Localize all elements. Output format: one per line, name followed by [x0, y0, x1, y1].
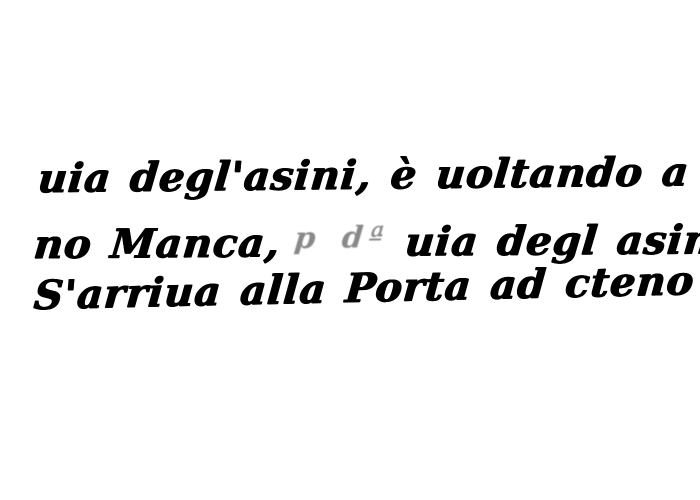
handwritten-line-1: uia degl'asini, è uoltando a Ma- — [36, 147, 700, 202]
handwritten-line-2-faint-ink: p dª — [293, 221, 391, 257]
handwritten-line-2-left: no Manca, — [32, 219, 283, 268]
manuscript-page: uia degl'asini, è uoltando a Ma- no Manc… — [0, 0, 700, 500]
